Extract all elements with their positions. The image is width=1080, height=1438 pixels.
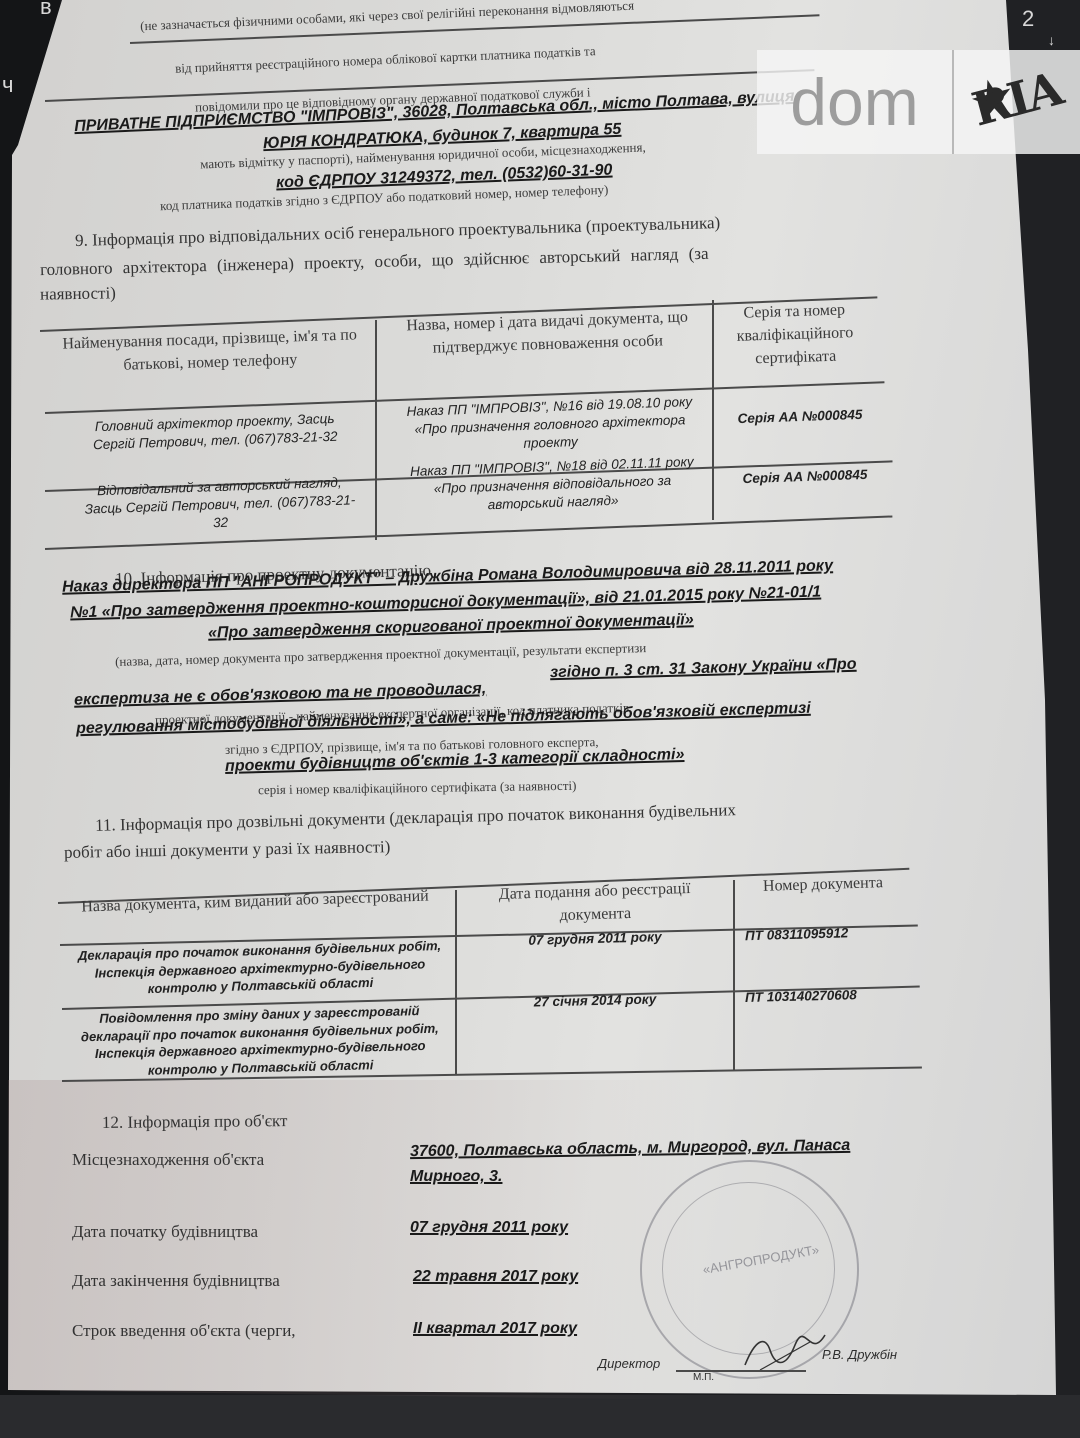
watermark-ria: ★ RIA (954, 50, 1080, 154)
seal-text: «АНГРОПРОДУКТ» (702, 1242, 821, 1277)
signatory-role: Директор (598, 1356, 660, 1371)
table-header: Дата подання або реєстрації документа (464, 876, 725, 931)
table-cell: Повідомлення про зміну даних у зареєстро… (74, 1001, 446, 1080)
table-header: Найменування посади, прізвище, ім'я та п… (54, 323, 365, 379)
keyboard-key: в (40, 0, 52, 20)
field-label-end-date: Дата закінчення будівництва (72, 1271, 280, 1291)
field-label-location: Місцезнаходження об'єкта (72, 1150, 264, 1170)
signature-scribble (740, 1330, 830, 1375)
keyboard-key: ч (2, 72, 13, 98)
table-cell: Декларація про початок виконання будівел… (74, 937, 445, 1000)
field-value-commissioning: ІІ квартал 2017 року (413, 1320, 577, 1338)
field-label-commissioning: Строк введення об'єкта (черги, (72, 1321, 296, 1341)
table-border (455, 890, 457, 1075)
table-border (375, 320, 377, 540)
section-12-title: 12. Інформація про об'єкт (102, 1111, 288, 1133)
field-label-start-date: Дата початку будівництва (72, 1222, 258, 1242)
table-cell: Відповідальний за авторський нагляд, Зас… (79, 473, 361, 537)
table-cell: Наказ ПП "ІМПРОВІЗ", №18 від 02.11.11 ро… (399, 453, 706, 518)
table-border (733, 880, 735, 1070)
table-header: Назва, номер і дата видачі документа, що… (394, 305, 700, 361)
table-cell: ПТ 103140270608 (745, 985, 905, 1007)
keyboard-key: 2 (1022, 6, 1034, 32)
watermark-dom-text: dom (757, 50, 952, 154)
table-border (712, 300, 714, 520)
table-header: Серія та номер кваліфікаційного сертифік… (719, 298, 871, 372)
watermark-logo: dom ★ RIA (757, 50, 1080, 154)
seal-mark: М.П. (693, 1372, 714, 1383)
section-9-title-line-3: наявності) (40, 283, 116, 304)
table-cell: Наказ ПП "ІМПРОВІЗ", №16 від 19.08.10 ро… (394, 393, 706, 458)
field-value-end-date: 22 травня 2017 року (413, 1268, 578, 1286)
signatory-name: Р.В. Дружбін (822, 1347, 897, 1362)
keyboard-key: ↓ (1048, 32, 1055, 48)
field-value-location-line-2: Мирного, 3. (410, 1168, 502, 1186)
background-surface-bottom (0, 1395, 1080, 1438)
field-value-start-date: 07 грудня 2011 року (410, 1219, 568, 1237)
